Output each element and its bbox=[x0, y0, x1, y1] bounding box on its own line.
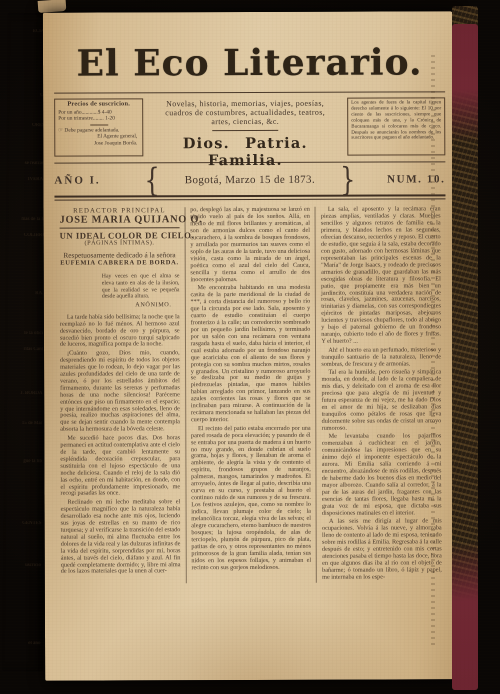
subscription-prices-box: Precios de suscricion. Por un año.......… bbox=[54, 98, 143, 156]
body-paragraph: A las seis me dirigía al lugar de mis oc… bbox=[322, 518, 442, 581]
body-paragraph: po, desplegó las alas, y majestuosa se l… bbox=[190, 207, 310, 284]
body-paragraph: Reclinado en mi lecho meditaba sobre el … bbox=[61, 499, 181, 576]
prev-page-text-fragment: mas de la h bbox=[21, 217, 44, 223]
dedication-line: Respetuosamente dedicado á la señora bbox=[60, 252, 180, 259]
body-paragraph: Ah! el huerto era un perfumado, misterio… bbox=[321, 347, 441, 368]
prev-page-text-fragment: se realzan bbox=[25, 161, 45, 167]
agents-notice-text: Los agentes de fuera de la capital tiene… bbox=[351, 100, 441, 141]
subtitle-divider bbox=[212, 130, 278, 131]
page-edge-ink-marks bbox=[431, 55, 435, 645]
dateline-row: AÑO I. { Bogotá, Marzo 15 de 1873. } NUM… bbox=[54, 166, 445, 192]
masthead-title: El Eco Literario. bbox=[54, 39, 445, 86]
prev-page-text-fragment: te la ofici bbox=[24, 331, 43, 337]
paper-scrap-top bbox=[38, 0, 67, 13]
prev-page-text-fragment: IVERA. bbox=[28, 177, 45, 183]
dedication-name: EUFEMIA CABRERA DE BORDA. bbox=[60, 261, 180, 268]
epigraph-author: ANÓNIMO. bbox=[60, 302, 172, 309]
cover-leather-corner-top bbox=[452, 24, 478, 142]
prev-page-text-fragment: ritas Canl bbox=[24, 347, 43, 353]
prev-page-text-fragment: 15 de Mar bbox=[22, 421, 43, 427]
dateline-double-rule bbox=[54, 194, 445, 200]
prev-page-text-fragment: uscricio bbox=[25, 563, 41, 569]
body-paragraph: Me levantaba cuando los pajarillos comen… bbox=[322, 433, 442, 517]
editor-name: JOSE MARIA QUIJANO O. bbox=[60, 217, 180, 224]
book-cover-edge bbox=[452, 6, 478, 690]
prev-page-text-fragment: COLIBRI bbox=[24, 233, 44, 239]
body-paragraph: La tarde había sido bellísima; la noche … bbox=[60, 314, 180, 349]
paper-motto: Dios. Patria. Familia. bbox=[149, 134, 341, 169]
prices-divider bbox=[90, 124, 108, 125]
column-2: po, desplegó las alas, y majestuosa se l… bbox=[184, 207, 316, 583]
column-3: La sala, el aposento y la recámara eran … bbox=[315, 206, 447, 582]
column-1: REDACTOR PRINCIPAL JOSE MARIA QUIJANO O.… bbox=[55, 207, 186, 583]
newspaper-page: El Eco Literario. Precios de suscricion.… bbox=[43, 11, 455, 680]
price-line-quarter: Por un trimestre........ 1-20 bbox=[58, 116, 139, 123]
prev-page-text-fragment: RA. bbox=[35, 291, 43, 297]
editor-rule bbox=[60, 227, 180, 228]
photo-background: ECIA. O. ORES se realzan IVERA. mas de l… bbox=[0, 0, 500, 694]
left-brace-ornament: { bbox=[144, 164, 159, 196]
previous-page-edge: ECIA. O. ORES se realzan IVERA. mas de l… bbox=[2, 13, 49, 671]
issue-date: Bogotá, Marzo 15 de 1873. bbox=[160, 173, 340, 186]
cover-leather-corner-bottom bbox=[452, 542, 478, 690]
prev-page-text-fragment: el año bbox=[28, 641, 40, 647]
subhead-row: Precios de suscricion. Por un año.......… bbox=[54, 97, 445, 156]
page-content: El Eco Literario. Precios de suscricion.… bbox=[43, 11, 455, 680]
article-columns: REDACTOR PRINCIPAL JOSE MARIA QUIJANO O.… bbox=[55, 206, 447, 583]
body-paragraph: Me sucedió hace pocos días. Dos horas pe… bbox=[60, 435, 180, 498]
prev-page-text-fragment: gue la lib bbox=[23, 459, 42, 465]
body-paragraph: Tal era la humilde, pero risueña y simpá… bbox=[321, 369, 441, 432]
paper-subtitle: Novelas, historia, memorias, viajes, poe… bbox=[149, 98, 341, 127]
year-label: AÑO I. bbox=[54, 174, 144, 186]
article-subtitle: (PÁGINAS ÍNTIMAS). bbox=[60, 240, 180, 247]
body-paragraph: ¡Cuánto gozo, Dios mío, cuando, desprend… bbox=[60, 350, 180, 434]
body-paragraph: La sala, el aposento y la recámara eran … bbox=[321, 206, 441, 345]
prev-page-text-fragment: J. BORDA bbox=[21, 391, 43, 397]
masthead-rule bbox=[54, 91, 445, 93]
epigraph-text: Hay veces en que el alma se eleva tanto … bbox=[102, 274, 180, 301]
right-brace-ornament: } bbox=[340, 163, 355, 195]
subhead-center: Novelas, historia, memorias, viajes, poe… bbox=[149, 98, 341, 157]
body-paragraph: Me encontraba habitando en una modesta c… bbox=[190, 285, 310, 424]
agent-name-line: Jose Joaquin Borda. bbox=[58, 140, 139, 147]
body-paragraph: El recinto del patio estaba encerrado po… bbox=[191, 425, 311, 571]
prices-box-title: Precios de suscricion. bbox=[58, 101, 139, 108]
prev-page-text-fragment: GENTES bbox=[22, 521, 41, 527]
